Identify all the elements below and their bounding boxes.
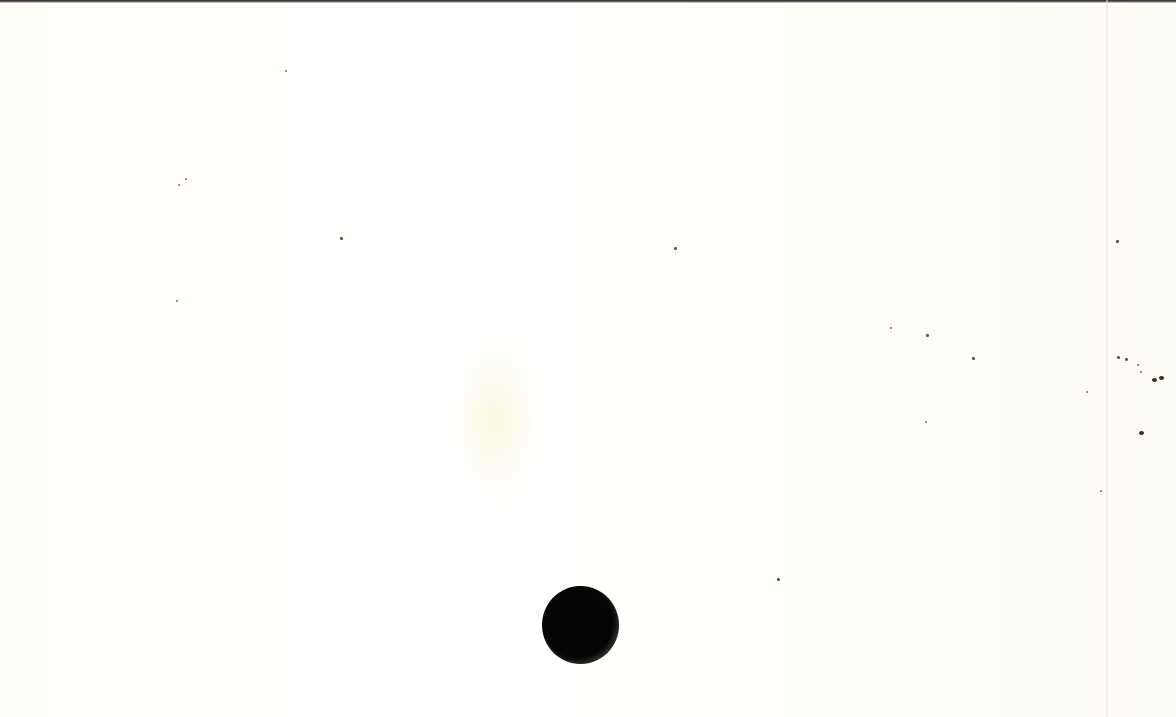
dust-speck <box>340 237 343 240</box>
dust-speck <box>1125 358 1128 361</box>
dust-speck <box>1086 391 1088 393</box>
dust-speck <box>285 70 287 72</box>
dust-speck <box>674 247 677 250</box>
dust-speck <box>185 178 187 180</box>
dust-speck <box>925 421 927 423</box>
dust-speck <box>1117 356 1120 359</box>
dust-speck <box>1137 364 1139 366</box>
dust-speck <box>1159 376 1164 380</box>
punch-hole <box>542 586 619 664</box>
card-fold-line <box>1106 0 1108 717</box>
dust-speck <box>926 334 929 337</box>
dust-speck <box>1140 371 1142 373</box>
dust-speck <box>777 578 780 581</box>
dust-speck <box>972 357 975 360</box>
dust-speck <box>1139 431 1144 435</box>
dust-speck <box>1116 240 1119 243</box>
dust-speck <box>1100 490 1102 492</box>
card-top-edge <box>0 0 1176 3</box>
dust-speck <box>176 300 178 302</box>
dust-speck <box>178 184 180 186</box>
scanned-card <box>0 0 1176 717</box>
dust-speck <box>1152 378 1157 382</box>
dust-speck <box>890 327 892 329</box>
